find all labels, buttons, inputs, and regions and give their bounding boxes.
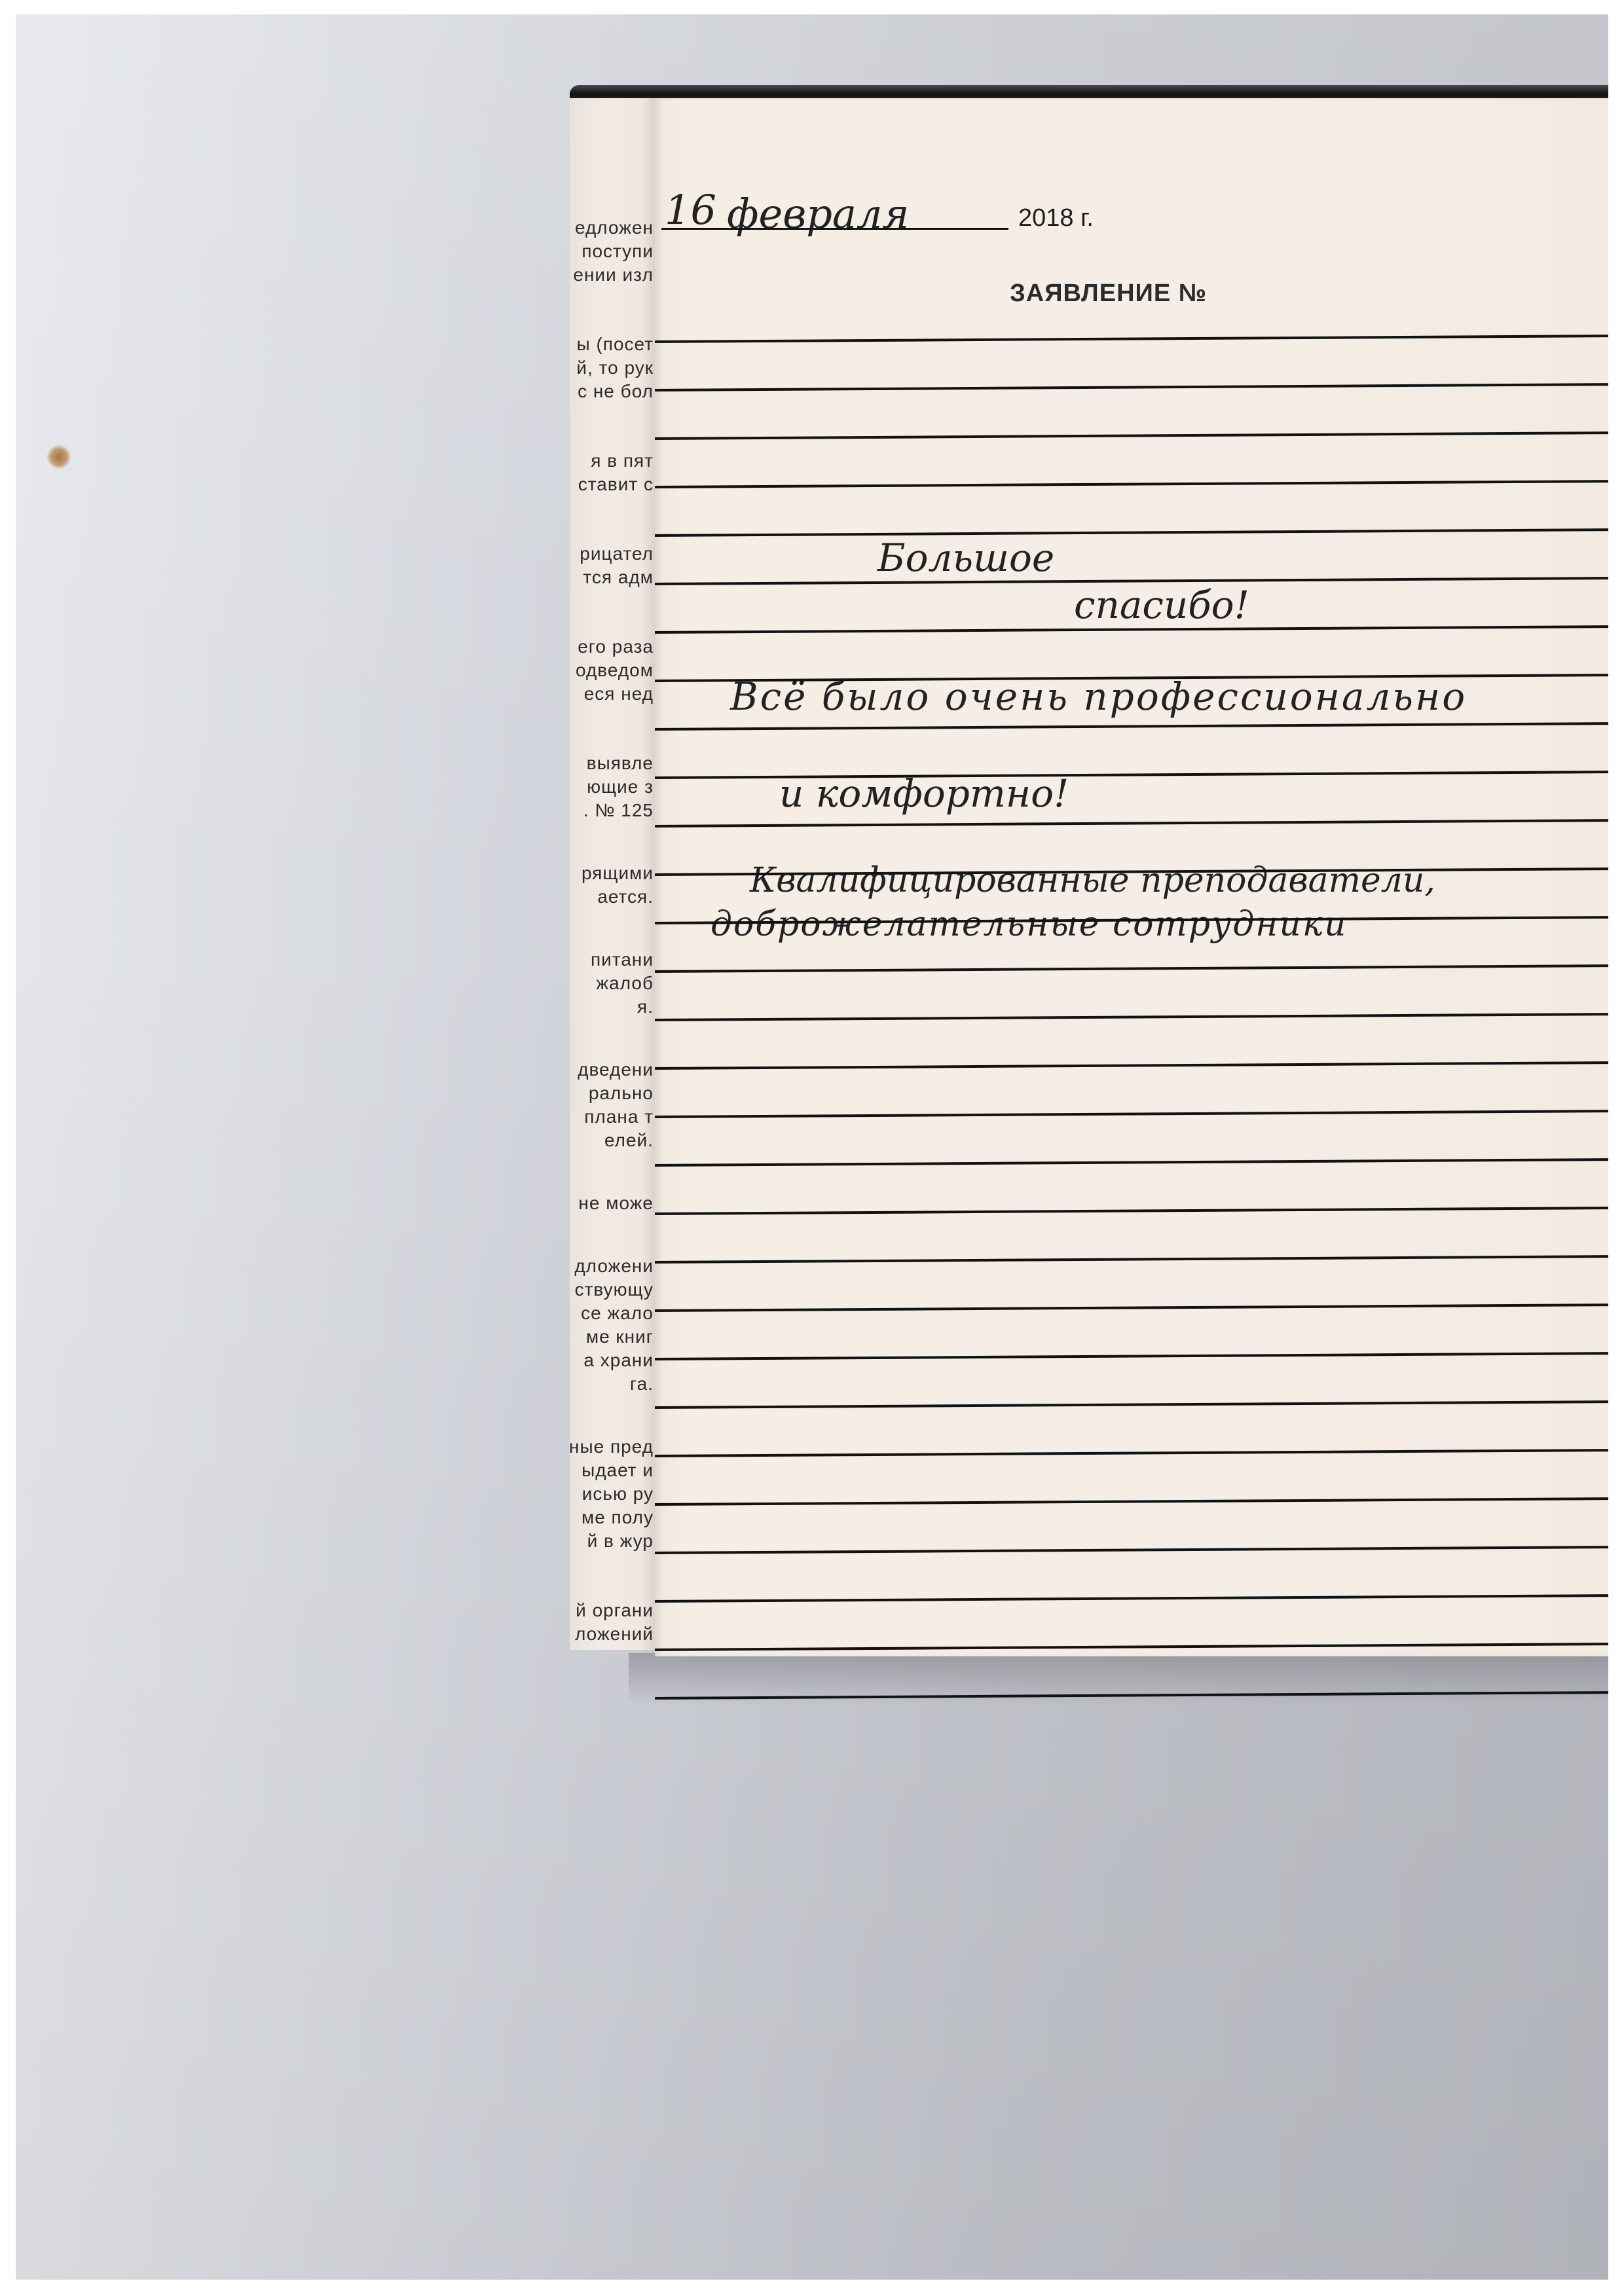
left-page-text: рицател	[580, 542, 654, 566]
complaint-book: едложенпоступиении излы (посетй, то рукс…	[563, 85, 1608, 1660]
left-page-text: ставит с	[578, 473, 654, 496]
left-page-text: плана т	[584, 1105, 654, 1129]
ruled-line	[655, 1594, 1608, 1603]
left-page-text: я.	[637, 995, 654, 1019]
left-page-text: й органи	[576, 1599, 654, 1622]
ruled-line	[655, 1158, 1608, 1167]
handwritten-line: спасибо!	[1074, 583, 1249, 627]
ruled-line	[655, 480, 1608, 488]
ruled-line	[655, 1255, 1608, 1264]
document-title: ЗАЯВЛЕНИЕ №	[1010, 280, 1207, 308]
date-month: февраля	[727, 190, 910, 238]
ruled-line	[655, 431, 1608, 440]
left-page-text: ющие з	[587, 775, 654, 799]
left-page-text: се жало	[581, 1302, 654, 1325]
left-page-text: едложен	[575, 216, 654, 240]
left-page-text: еся нед	[584, 682, 654, 706]
date-year: 2018 г.	[1018, 204, 1094, 232]
left-page-text: й, то рук	[576, 356, 654, 380]
left-page-text: выявле	[587, 752, 654, 775]
left-page-text: ыдает и	[581, 1459, 654, 1482]
left-page-text: й в жур	[587, 1529, 654, 1553]
ruled-line	[655, 1110, 1608, 1118]
ruled-line	[655, 1400, 1608, 1409]
ruled-line	[655, 1643, 1608, 1651]
left-page-text: я в пят	[591, 449, 654, 473]
left-page-text: . № 125	[583, 799, 654, 822]
handwritten-line: доброжелательные сотрудники	[710, 905, 1347, 944]
left-page-text: рящими	[581, 862, 654, 885]
left-page-text: а храни	[583, 1349, 654, 1372]
left-page-text: его раза	[578, 635, 654, 659]
left-page-text: ные пред	[570, 1435, 654, 1459]
left-page-text: ме книг	[586, 1325, 654, 1349]
ruled-line	[655, 1497, 1608, 1506]
left-page-text: рально	[589, 1082, 654, 1105]
left-page-text: ствующу	[575, 1278, 654, 1302]
ruled-line	[655, 335, 1608, 343]
left-page-text: исью ру	[582, 1482, 654, 1506]
left-page-text: ы (посет	[577, 333, 654, 356]
left-page-text: дведени	[578, 1058, 654, 1082]
left-page-text: дложени	[574, 1254, 654, 1278]
ruled-line	[655, 1061, 1608, 1070]
ruled-line	[655, 722, 1608, 731]
ruled-line	[655, 1546, 1608, 1554]
left-page-text: ается.	[597, 885, 654, 909]
ruled-line	[655, 383, 1608, 392]
ruled-line	[655, 964, 1608, 973]
date-underline	[661, 228, 1008, 230]
ruled-line	[655, 1303, 1608, 1312]
left-page-text: питани	[591, 948, 654, 972]
ruled-line	[655, 1449, 1608, 1457]
handwritten-line: Большое	[877, 536, 1054, 580]
ruled-line	[655, 819, 1608, 828]
date-day: 16	[665, 186, 716, 234]
date-field: 16 февраля 2018 г.	[661, 196, 1185, 249]
handwritten-line: Квалифицированные преподаватели,	[750, 861, 1435, 900]
left-page-text: га.	[630, 1372, 654, 1396]
book-binding-edge	[570, 85, 1608, 100]
left-page-text: елей.	[604, 1129, 654, 1152]
left-page-text: ме полу	[581, 1506, 654, 1529]
left-page-text: жалоб	[596, 972, 654, 995]
left-page-fragment: едложенпоступиении излы (посетй, то рукс…	[570, 98, 655, 1650]
left-page-text: с не бол	[578, 380, 654, 403]
ruled-line	[655, 1013, 1608, 1021]
left-page-text: ении изл	[573, 263, 654, 287]
left-page-text: не може	[578, 1192, 654, 1215]
left-page-text: поступи	[581, 240, 654, 263]
left-page-text: тся адм	[583, 566, 654, 589]
ruled-line	[655, 528, 1608, 537]
ruled-line	[655, 1207, 1608, 1215]
ruled-line	[655, 1352, 1608, 1360]
left-page-text: ложений	[575, 1622, 654, 1646]
application-page: 16 февраля 2018 г. ЗАЯВЛЕНИЕ № Большое с…	[655, 98, 1608, 1656]
left-page-text: одведом	[576, 659, 654, 682]
